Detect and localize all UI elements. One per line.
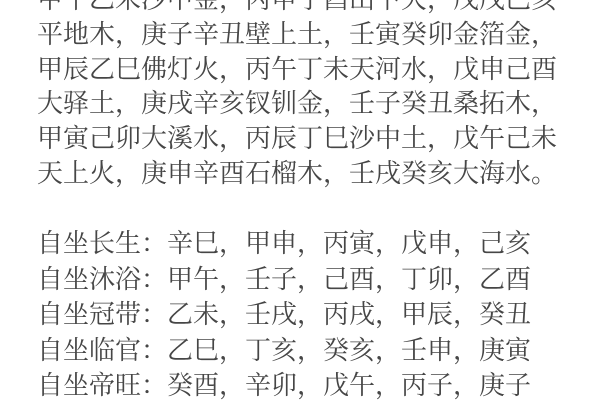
zizuo-row-changsheng: 自坐长生：辛巳，甲申，丙寅，戊申，己亥 — [37, 227, 597, 263]
zizuo-values: 乙未，壬戌，丙戌，甲辰，癸丑 — [167, 300, 531, 330]
nayin-line-6: 天上火，庚申辛酉石榴木，壬戌癸亥大海水。 — [37, 157, 597, 192]
nayin-line-4: 大驿土，庚戌辛亥钗钏金，壬子癸丑桑拓木， — [37, 87, 597, 122]
zizuo-values: 乙巳，丁亥，癸亥，壬申，庚寅 — [167, 336, 531, 366]
zizuo-label: 自坐帝旺： — [37, 371, 167, 400]
zizuo-row-muyu: 自坐沐浴：甲午，壬子，己酉，丁卯，乙酉 — [37, 263, 597, 299]
nayin-line-1: 甲午乙未沙中金，丙申丁酉山下火，戊戌己亥 — [37, 0, 597, 18]
nayin-paragraph: 甲午乙未沙中金，丙申丁酉山下火，戊戌己亥 平地木，庚子辛丑壁上土，壬寅癸卯金箔金… — [37, 0, 597, 192]
zizuo-row-guandai: 自坐冠带：乙未，壬戌，丙戌，甲辰，癸丑 — [37, 298, 597, 334]
zizuo-values: 辛巳，甲申，丙寅，戊申，己亥 — [167, 229, 531, 259]
nayin-line-2: 平地木，庚子辛丑壁上土，壬寅癸卯金箔金， — [37, 18, 597, 53]
zizuo-values: 癸酉，辛卯，戊午，丙子，庚子 — [167, 371, 531, 400]
zizuo-label: 自坐冠带： — [37, 300, 167, 330]
nayin-line-3: 甲辰乙巳佛灯火，丙午丁未天河水，戊申己酉 — [37, 53, 597, 88]
zizuo-values: 甲午，壬子，己酉，丁卯，乙酉 — [167, 265, 531, 295]
zizuo-row-linguan: 自坐临官：乙巳，丁亥，癸亥，壬申，庚寅 — [37, 334, 597, 370]
zizuo-label: 自坐临官： — [37, 336, 167, 366]
nayin-line-5: 甲寅己卯大溪水，丙辰丁巳沙中土，戊午己未 — [37, 122, 597, 157]
zizuo-label: 自坐长生： — [37, 229, 167, 259]
zizuo-row-diwang: 自坐帝旺：癸酉，辛卯，戊午，丙子，庚子 — [37, 369, 597, 400]
zizuo-label: 自坐沐浴： — [37, 265, 167, 295]
zizuo-list: 自坐长生：辛巳，甲申，丙寅，戊申，己亥 自坐沐浴：甲午，壬子，己酉，丁卯，乙酉 … — [37, 227, 597, 400]
